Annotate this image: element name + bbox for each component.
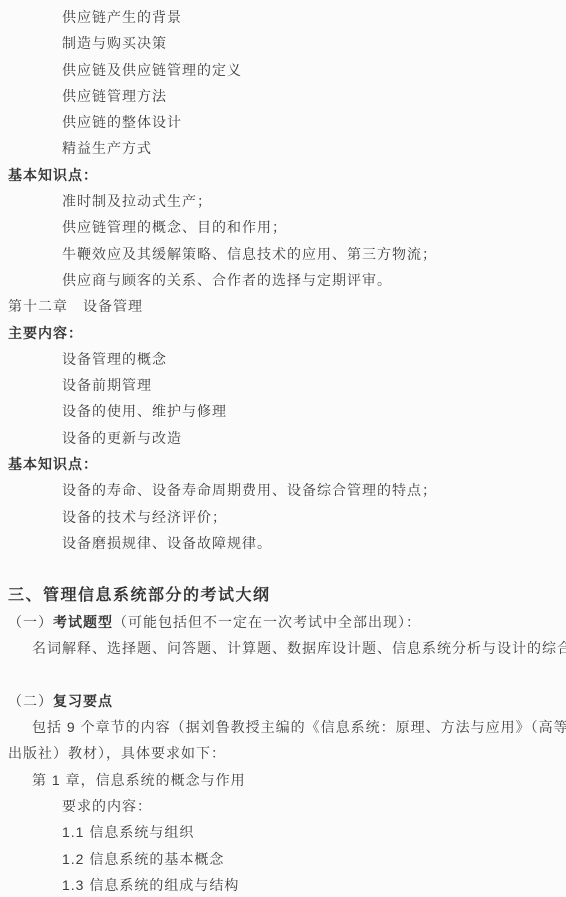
document-line: 牛鞭效应及其缓解策略、信息技术的应用、第三方物流； [0,241,566,267]
document-line: 1.3 信息系统的组成与结构 [0,872,566,897]
document-line: 精益生产方式 [0,135,566,161]
blank-line [0,661,566,687]
document-line: 1.2 信息系统的基本概念 [0,846,566,872]
document-line: 主要内容： [0,320,566,346]
document-line: 供应链及供应链管理的定义 [0,57,566,83]
document-line: 1.1 信息系统与组织 [0,819,566,845]
document-line: 供应链管理方法 [0,83,566,109]
document-line: 准时制及拉动式生产； [0,188,566,214]
document-line: 设备磨损规律、设备故障规律。 [0,530,566,556]
document-page: 供应链产生的背景制造与购买决策供应链及供应链管理的定义供应链管理方法供应链的整体… [0,0,566,897]
line-segment: （二） [8,693,53,709]
document-line: 供应商与顾客的关系、合作者的选择与定期评审。 [0,267,566,293]
document-line: 供应链的整体设计 [0,109,566,135]
document-line: 第 1 章，信息系统的概念与作用 [0,767,566,793]
line-segment: （可能包括但不一定在一次考试中全部出现）： [113,614,421,630]
document-line: 制造与购买决策 [0,30,566,56]
line-segment: （一） [8,614,53,630]
document-line: 第十二章 设备管理 [0,293,566,319]
document-line: 包括 9 个章节的内容（据刘鲁教授主编的《信息系统：原理、方法与应用》（高等教育 [0,714,566,740]
document-line: 出版社）教材），具体要求如下： [0,740,566,766]
document-line: 设备的寿命、设备寿命周期费用、设备综合管理的特点； [0,477,566,503]
document-line: 设备管理的概念 [0,346,566,372]
line-segment-bold: 考试题型 [53,614,113,630]
document-line: 要求的内容： [0,793,566,819]
document-line: （一）考试题型（可能包括但不一定在一次考试中全部出现）： [0,609,566,635]
document-line: 名词解释、选择题、问答题、计算题、数据库设计题、信息系统分析与设计的综合题 [0,635,566,661]
document-body: 供应链产生的背景制造与购买决策供应链及供应链管理的定义供应链管理方法供应链的整体… [0,4,566,897]
document-line: 设备的技术与经济评价； [0,504,566,530]
blank-line [0,556,566,582]
document-line: 供应链管理的概念、目的和作用； [0,214,566,240]
document-line: 设备的使用、维护与修理 [0,398,566,424]
document-line: （二）复习要点 [0,688,566,714]
document-line: 设备的更新与改造 [0,425,566,451]
line-segment-bold: 复习要点 [53,693,113,709]
document-line: 供应链产生的背景 [0,4,566,30]
document-line: 基本知识点： [0,162,566,188]
document-line: 基本知识点： [0,451,566,477]
section-heading: 三、管理信息系统部分的考试大纲 [0,583,566,609]
document-line: 设备前期管理 [0,372,566,398]
